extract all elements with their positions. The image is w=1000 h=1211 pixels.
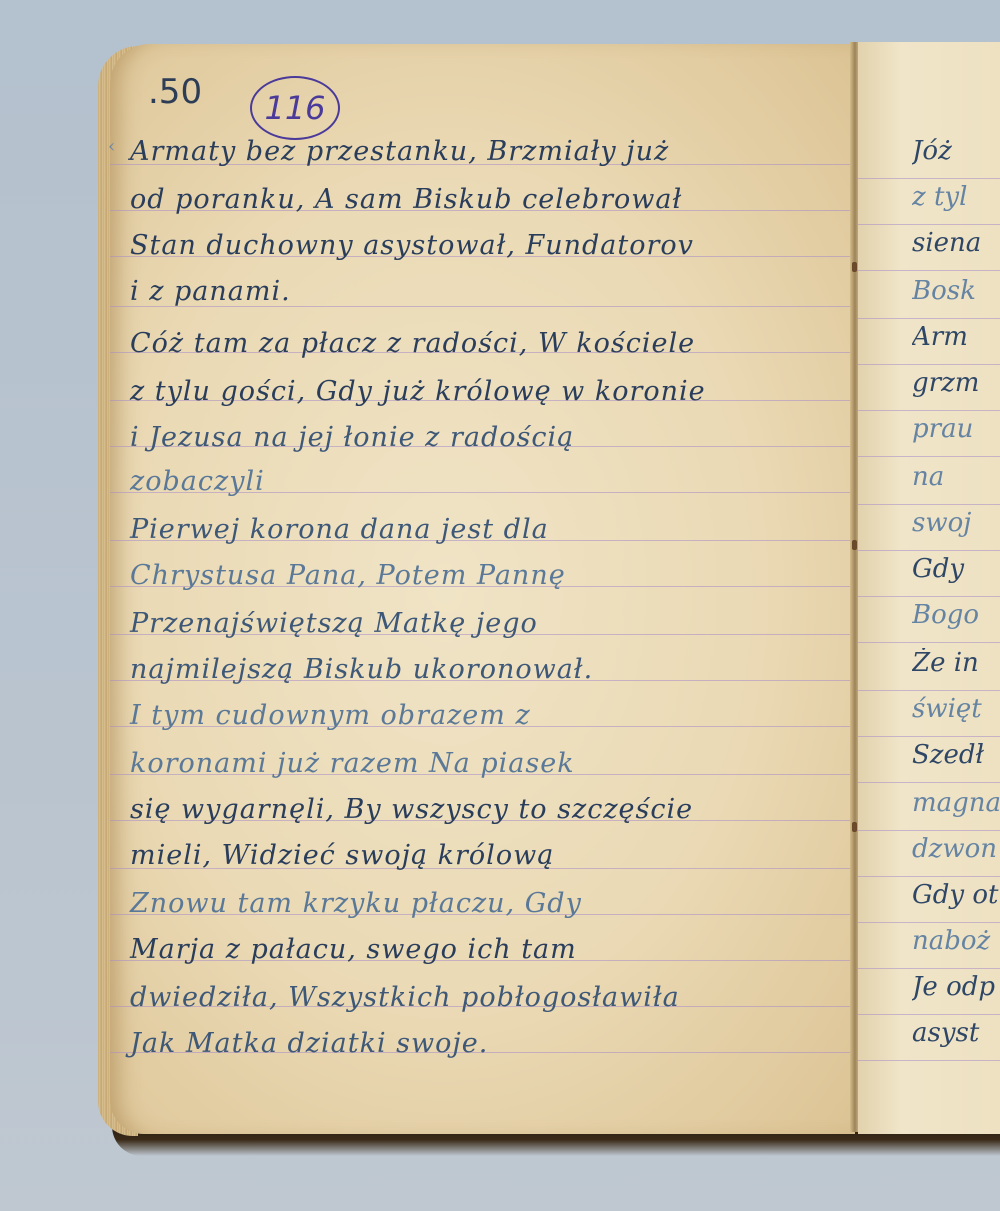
text-line: i z panami. [130,276,291,307]
right-text-fragment: naboż [912,926,1000,956]
right-text-fragment: Bogo [912,600,1000,630]
right-text-fragment: Gdy [912,554,1000,584]
right-text-fragment: Jóż [912,136,1000,166]
staple [852,540,857,550]
right-text-fragment: z tyl [912,182,1000,212]
right-text-fragment: siena [912,228,1000,258]
text-line: Jak Matka dziatki swoje. [130,1028,488,1059]
text-line: z tylu gości, Gdy już królowę w koronie [130,376,706,407]
circled-number: 116 [250,76,340,140]
staple [852,262,857,272]
right-text-fragment: Arm [912,322,1000,352]
text-line: Armaty bez przestanku, Brzmiały już [130,136,669,167]
right-text-fragment: prau [912,414,1000,444]
text-line: Cóż tam za płacz z radości, W kościele [130,328,695,359]
right-text-fragment: swoj [912,508,1000,538]
text-line: zobaczyli [130,466,265,497]
text-line: Znowu tam krzyku płaczu, Gdy [130,888,582,919]
right-text-fragment: Je odp [912,972,1000,1002]
text-line: się wygarnęli, By wszyscy to szczęście [130,794,693,825]
right-text-fragment: święt [912,694,1000,724]
text-line: i Jezusa na jej łonie z radością [130,422,574,453]
text-line: mieli, Widzieć swoją królową [130,840,554,871]
text-line: najmilejszą Biskub ukoronował. [130,654,593,685]
right-text-fragment: Bosk [912,276,1000,306]
right-text-fragment: magna [912,788,1000,818]
right-text-fragment: na [912,462,1000,492]
text-line: Marja z pałacu, swego ich tam [130,934,577,965]
right-text-fragment: Gdy ot [912,880,1000,910]
right-text-fragment: grzm [912,368,1000,398]
right-text-fragment: asyst [912,1018,1000,1048]
page-number: .50 [148,72,202,112]
margin-mark: ‹ [108,136,115,157]
text-line: Chrystusa Pana, Potem Pannę [130,560,566,591]
text-line: Przenajświętszą Matkę jego [130,608,538,639]
text-line: od poranku, A sam Biskub celebrował [130,184,682,215]
text-line: koronami już razem Na piasek [130,748,575,779]
right-text-fragment: dzwon [912,834,1000,864]
text-line: dwiedziła, Wszystkich pobłogosławiła [130,982,680,1013]
staple [852,822,857,832]
text-line: I tym cudownym obrazem z [130,700,531,731]
right-text-fragment: Że in [912,648,1000,678]
right-text-fragment: Szedł [912,740,1000,770]
text-line: Pierwej korona dana jest dla [130,514,549,545]
text-line: Stan duchowny asystował, Fundatorov [130,230,694,261]
